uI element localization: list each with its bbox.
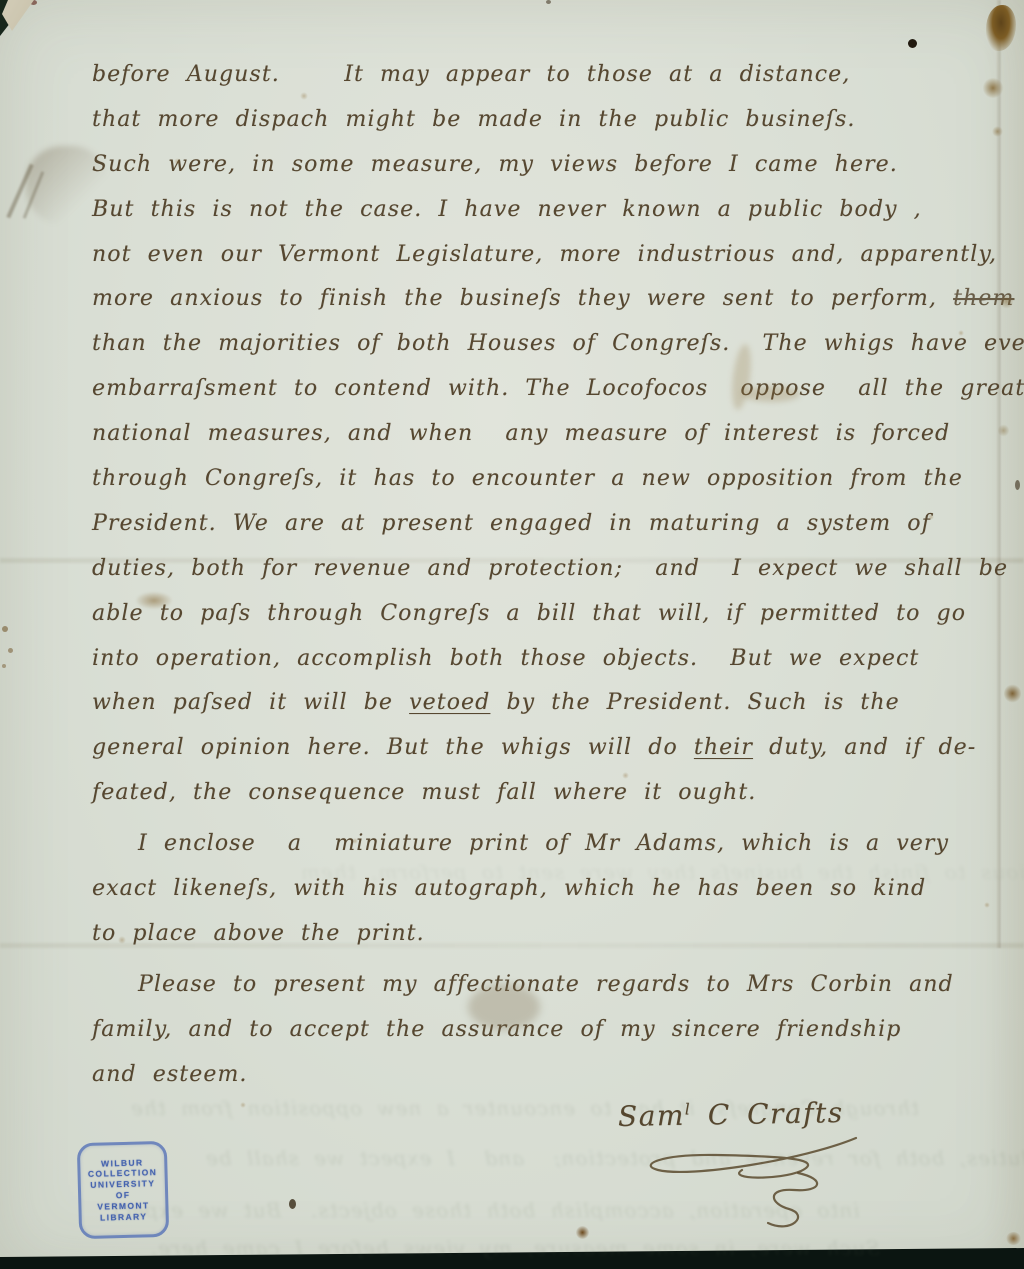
letter-text: not even our Vermont Legislature, more i… <box>92 242 997 267</box>
letter-text: Such were, in some measure, my views bef… <box>92 152 898 177</box>
letter-line: into operation, accomplish both those ob… <box>92 637 964 682</box>
letter-text: President. We are at present engaged in … <box>92 511 931 536</box>
stamp-line: UNIVERSITY <box>90 1178 155 1190</box>
letter-text: general opinion here. But the whigs will… <box>92 735 694 760</box>
letter-line: President. We are at present engaged in … <box>92 502 964 547</box>
letter-line: Please to present my affectionate regard… <box>92 963 964 1008</box>
letter-line: and esteem. <box>92 1053 964 1098</box>
letter-line: national measures, and when any measure … <box>92 412 964 457</box>
letter-line: when paſsed it will be vetoed by the Pre… <box>92 681 964 726</box>
letter-text: that more dispach might be made in the p… <box>92 107 855 132</box>
letter-line: family, and to accept the assurance of m… <box>92 1008 964 1053</box>
letter-line: able to paſs through Congreſs a bill tha… <box>92 592 964 637</box>
letter-line: general opinion here. But the whigs will… <box>92 726 964 771</box>
signature-text: C Crafts <box>691 1096 844 1132</box>
letter-text: more anxious to finish the busineſs they… <box>92 286 953 311</box>
letter-text: national measures, and when any measure … <box>92 421 950 446</box>
letter-line: Such were, in some measure, my views bef… <box>92 143 964 188</box>
letter-line: more anxious to finish the busineſs they… <box>92 277 964 322</box>
letter-line: before August. It may appear to those at… <box>92 53 964 98</box>
letter-text: duty, and if de- <box>753 735 976 760</box>
letter-line: feated, the consequence must fall where … <box>92 771 964 816</box>
library-stamp: WILBUR COLLECTION UNIVERSITY OF VERMONT … <box>77 1141 169 1239</box>
letter-line: duties, both for revenue and protection;… <box>92 547 964 592</box>
letter-line: that more dispach might be made in the p… <box>92 98 964 143</box>
letter-text: duties, both for revenue and protection;… <box>92 556 1008 581</box>
letter-text: family, and to accept the assurance of m… <box>92 1017 901 1042</box>
letter-line: exact likeneſs, with his autograph, whic… <box>92 867 964 912</box>
letter-text: through Congreſs, it has to encounter a … <box>92 466 963 491</box>
letter-text: able to paſs through Congreſs a bill tha… <box>92 601 966 626</box>
letter-text: and esteem. <box>92 1062 248 1087</box>
letter-body: before August. It may appear to those at… <box>92 53 964 1097</box>
letter-word-underline: their <box>694 735 753 760</box>
letter-text: to place above the print. <box>92 921 425 946</box>
letter-text: feated, the consequence must fall where … <box>92 780 756 805</box>
letter-line: than the majorities of both Houses of Co… <box>92 322 964 367</box>
letter-line: But this is not the case. I have never k… <box>92 188 964 233</box>
letter-word-strike: them <box>953 286 1014 311</box>
letter-text: Please to present my affectionate regard… <box>138 972 954 997</box>
letter-text: But this is not the case. I have never k… <box>92 197 922 222</box>
letter-word-underline: vetoed <box>409 690 490 715</box>
stamp-line: LIBRARY <box>100 1211 148 1223</box>
letter-text: exact likeneſs, with his autograph, whic… <box>92 876 926 901</box>
stamp-line: OF <box>116 1190 131 1201</box>
letter-line: embarraſsment to contend with. The Locof… <box>92 367 964 412</box>
letter-text: than the majorities of both Houses of Co… <box>92 331 1024 356</box>
letter-line: through Congreſs, it has to encounter a … <box>92 457 964 502</box>
signature-flourish <box>628 1128 868 1238</box>
letter-text: I enclose a miniature print of Mr Adams,… <box>138 831 949 856</box>
vertical-fold-crease <box>996 0 1002 948</box>
letter-line: to place above the print. <box>92 912 964 957</box>
letter-text: embarraſsment to contend with. The Locof… <box>92 376 1024 401</box>
letter-line: not even our Vermont Legislature, more i… <box>92 233 964 278</box>
letter-text: before August. It may appear to those at… <box>92 62 850 87</box>
letter-text: into operation, accomplish both those ob… <box>92 646 919 671</box>
letter-line: I enclose a miniature print of Mr Adams,… <box>92 822 964 867</box>
scanned-letter-page: through Congreſs, it has to encounter a … <box>0 0 1024 1269</box>
letter-text: by the President. Such is the <box>490 690 899 715</box>
letter-text: when paſsed it will be <box>92 690 409 715</box>
